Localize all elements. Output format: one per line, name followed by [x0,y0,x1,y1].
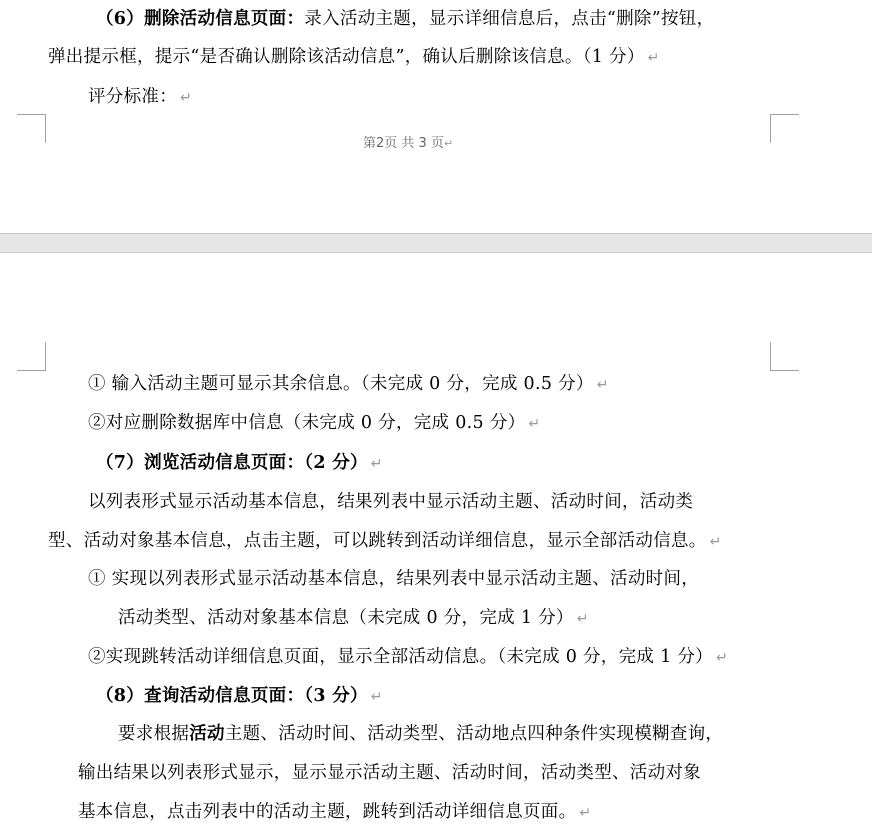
section-7-heading: （7）浏览活动信息页面：（2 分）↵ [96,451,383,476]
section-8-para-line-1: 要求根据活动主题、活动时间、活动类型、活动地点四种条件实现模糊查询， [118,722,723,746]
section-8-para-bold: 活动 [189,724,225,744]
section-7-para-line-1: 以列表形式显示活动基本信息，结果列表中显示活动主题、活动时间，活动类 [88,490,693,514]
crop-mark-top-right [770,114,799,143]
section-7-heading-text: （7）浏览活动信息页面：（2 分） [96,453,368,473]
paragraph-mark-icon: ↵ [528,416,540,432]
criteria-6-item-1-text: ① 输入活动主题可显示其余信息。（未完成 0 分，完成 0.5 分） [88,374,594,394]
section-8-para-text-end: 基本信息，点击列表中的活动主题，跳转到活动详细信息页面。 [78,802,576,822]
section-6-heading: （6）删除活动信息页面： [96,9,304,29]
criteria-7-item-2: ②实现跳转活动详细信息页面，显示全部活动信息。（未完成 0 分，完成 1 分）↵ [88,645,728,670]
page-separator [0,233,872,253]
criteria-6-item-2: ②对应删除数据库中信息（未完成 0 分，完成 0.5 分）↵ [88,411,540,436]
section-6-line-1: （6）删除活动信息页面：录入活动主题，显示详细信息后，点击“删除”按钮， [96,7,714,31]
criteria-6-item-2-text: ②对应删除数据库中信息（未完成 0 分，完成 0.5 分） [88,413,525,433]
section-6-text: 录入活动主题，显示详细信息后，点击“删除”按钮， [304,9,714,29]
paragraph-mark-icon: ↵ [579,805,591,821]
paragraph-mark-icon: ↵ [371,689,383,705]
section-6-line-2: 弹出提示框，提示“是否确认删除该活动信息”，确认后删除该信息。（1 分）↵ [48,45,660,70]
section-8-heading: （8）查询活动信息页面：（3 分）↵ [96,684,383,709]
paragraph-mark-icon: ↵ [710,534,722,550]
section-8-para-text-cont: 输出结果以列表形式显示，显示显示活动主题、活动时间，活动类型、活动对象 [78,763,701,783]
section-6-text-cont: 弹出提示框，提示“是否确认删除该活动信息”，确认后删除该信息。（1 分） [48,47,645,67]
criteria-7-item-1-text: ① 实现以列表形式显示活动基本信息，结果列表中显示活动主题、活动时间， [88,569,699,589]
crop-mark-top-left [17,114,46,143]
crop-mark-bottom-right [770,342,799,371]
criteria-7-item-1-line-2: 活动类型、活动对象基本信息（未完成 0 分，完成 1 分）↵ [118,606,589,631]
criteria-7-item-2-text: ②实现跳转活动详细信息页面，显示全部活动信息。（未完成 0 分，完成 1 分） [88,647,713,667]
section-8-para-line-2: 输出结果以列表形式显示，显示显示活动主题、活动时间，活动类型、活动对象 [78,761,701,785]
document-page-2: （6）删除活动信息页面：录入活动主题，显示详细信息后，点击“删除”按钮， 弹出提… [0,0,872,233]
paragraph-mark-icon: ↵ [597,377,609,393]
page-footer: 第2页 共 3 页↵ [363,132,453,151]
paragraph-mark-icon: ↵ [716,650,728,666]
section-8-heading-text: （8）查询活动信息页面：（3 分） [96,686,368,706]
paragraph-mark-icon: ↵ [444,137,453,150]
criteria-label-line: 评分标准：↵ [88,85,192,110]
paragraph-mark-icon: ↵ [180,90,192,106]
crop-mark-bottom-left [17,342,46,371]
paragraph-mark-icon: ↵ [577,611,589,627]
section-8-para-text: 要求根据 [118,724,189,744]
paragraph-mark-icon: ↵ [648,50,660,66]
page-number: 第2页 共 3 页 [363,136,444,151]
criteria-label: 评分标准： [88,87,177,107]
section-7-para-line-2: 型、活动对象基本信息，点击主题，可以跳转到活动详细信息，显示全部活动信息。↵ [48,529,722,554]
section-7-para-text-cont: 型、活动对象基本信息，点击主题，可以跳转到活动详细信息，显示全部活动信息。 [48,531,707,551]
paragraph-mark-icon: ↵ [371,456,383,472]
criteria-6-item-1: ① 输入活动主题可显示其余信息。（未完成 0 分，完成 0.5 分）↵ [88,372,609,397]
section-7-para-text: 以列表形式显示活动基本信息，结果列表中显示活动主题、活动时间，活动类 [88,492,693,512]
criteria-7-item-1-line-1: ① 实现以列表形式显示活动基本信息，结果列表中显示活动主题、活动时间， [88,567,699,591]
section-8-para-text-rest: 主题、活动时间、活动类型、活动地点四种条件实现模糊查询， [225,724,723,744]
section-8-para-line-3: 基本信息，点击列表中的活动主题，跳转到活动详细信息页面。↵ [78,800,591,825]
criteria-7-item-1-text-cont: 活动类型、活动对象基本信息（未完成 0 分，完成 1 分） [118,608,574,628]
